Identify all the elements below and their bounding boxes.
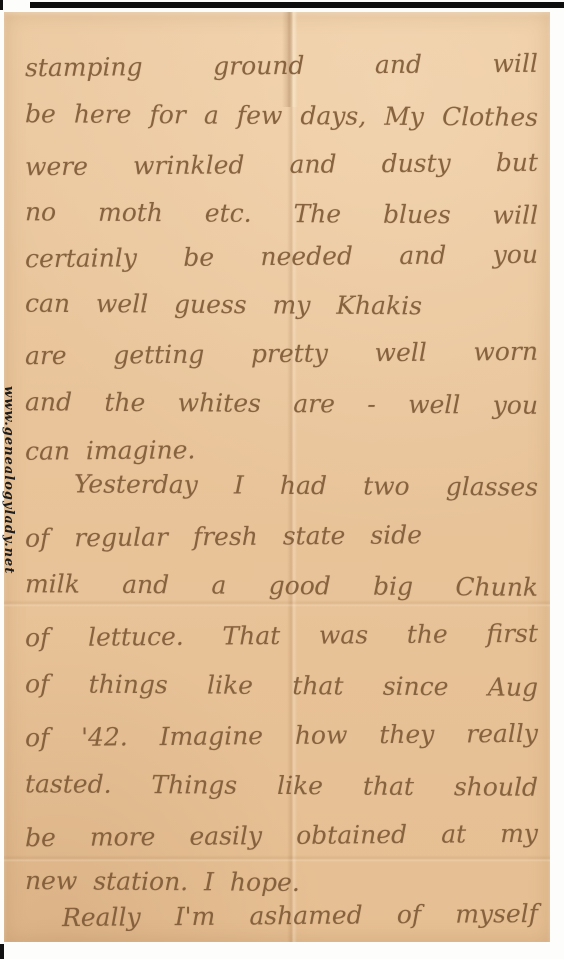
handwriting-line: of '42. Imagine how they really [25, 718, 538, 756]
handwriting-line: Yesterday I had two glasses [74, 468, 538, 505]
handwriting-line: were wrinkled and dusty but [25, 147, 538, 185]
handwriting-line: tasted. Things like that should [25, 768, 538, 806]
handwriting-line: be here for a few days, My Clothes [25, 98, 538, 136]
handwriting-line: of things like that since Aug [25, 668, 538, 706]
scanned-letter-page: stamping ground and will be here for a f… [0, 0, 564, 959]
handwriting-line: can imagine. [25, 434, 196, 469]
handwriting-line: stamping ground and will [25, 48, 538, 86]
handwriting-line: are getting pretty well worn [25, 336, 538, 374]
handwriting-line: new station. I hope. [25, 865, 300, 901]
handwriting-line: no moth etc. The blues will [25, 196, 538, 234]
letter-paper: stamping ground and will be here for a f… [4, 12, 550, 942]
handwriting-line: certainly be needed and you [25, 239, 538, 277]
handwriting-line: be more easily obtained at my [25, 818, 538, 856]
handwriting-line: of lettuce. That was the first [25, 618, 538, 656]
handwriting-line: milk and a good big Chunk [25, 568, 538, 606]
scan-artifact-top-left [0, 0, 3, 10]
watermark: www.genealogylady.net [1, 386, 16, 618]
scan-artifact-bottom-left [0, 944, 4, 959]
handwriting-line: can well guess my Khakis [25, 288, 422, 325]
horizontal-fold-crease [4, 855, 550, 862]
handwriting-line: and the whites are - well you [25, 386, 538, 424]
handwriting-line: Really I'm ashamed of myself [62, 898, 538, 936]
scanner-edge-bar [30, 2, 564, 8]
handwriting-line: of regular fresh state side [25, 519, 422, 556]
